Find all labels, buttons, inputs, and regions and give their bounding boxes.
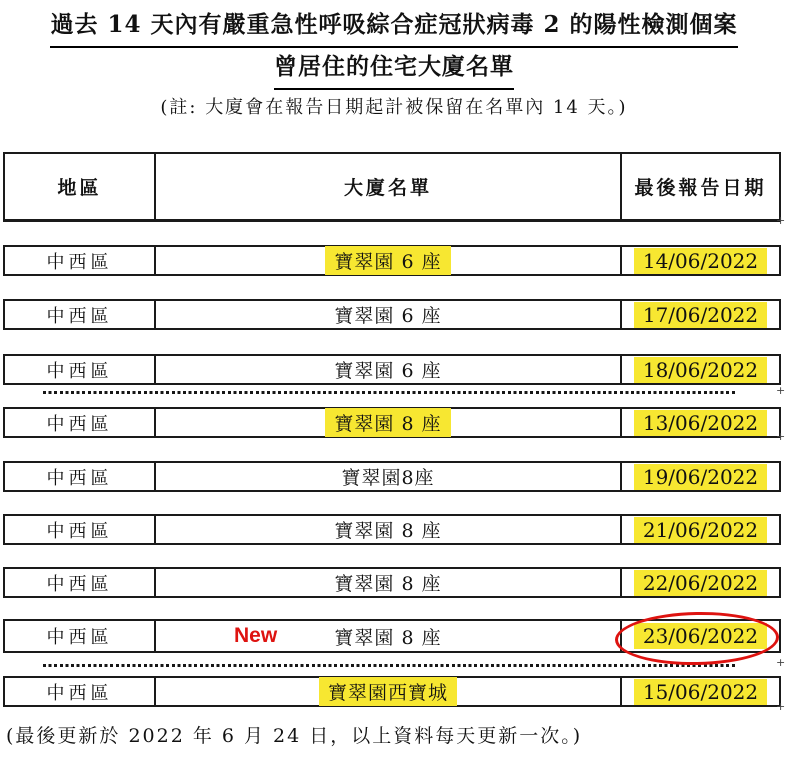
date-cell: 15/06/2022 bbox=[634, 679, 767, 705]
building-cell: 寶翠園西寶城 bbox=[319, 677, 457, 706]
district-cell: 中西區 bbox=[5, 517, 154, 543]
date-cell: 19/06/2022 bbox=[634, 464, 767, 490]
table-row: 中西區 寶翠園 6 座 18/06/2022 bbox=[3, 354, 781, 385]
footer-text: (最後更新於 2022 年 6 月 24 日，以上資料每天更新一次。) bbox=[6, 721, 788, 748]
date-cell: 18/06/2022 bbox=[634, 357, 767, 383]
document-page: 過去 14 天內有嚴重急性呼吸綜合症冠狀病毒 2 的陽性檢測個案 曾居住的住宅大… bbox=[0, 0, 788, 764]
building-cell: 寶翠園 6 座 bbox=[334, 356, 441, 383]
table-row: 中西區 寶翠園 6 座 14/06/2022 bbox=[3, 245, 781, 276]
building-cell: 寶翠園 6 座 bbox=[325, 246, 450, 275]
note-text: (註: 大廈會在報告日期起計被保留在名單內 14 天。) bbox=[0, 93, 788, 119]
new-badge: New bbox=[234, 624, 277, 648]
date-cell: 22/06/2022 bbox=[634, 570, 767, 596]
district-cell: 中西區 bbox=[5, 464, 154, 490]
table-row: 中西區 寶翠園 8 座 13/06/2022 bbox=[3, 407, 781, 438]
building-cell: 寶翠園 8 座 bbox=[334, 516, 441, 543]
table-row: 中西區 寶翠園西寶城 15/06/2022 bbox=[3, 676, 781, 707]
date-cell: 13/06/2022 bbox=[634, 410, 767, 436]
district-cell: 中西區 bbox=[5, 570, 154, 596]
header-district: 地區 bbox=[5, 173, 154, 200]
table-row: 中西區 寶翠園8座 19/06/2022 bbox=[3, 461, 781, 492]
district-cell: 中西區 bbox=[5, 410, 154, 436]
table-row: 中西區 寶翠園 8 座 21/06/2022 bbox=[3, 514, 781, 545]
date-cell: 21/06/2022 bbox=[634, 517, 767, 543]
title-line-1: 過去 14 天內有嚴重急性呼吸綜合症冠狀病毒 2 的陽性檢測個案 bbox=[50, 6, 737, 48]
title-line-2: 曾居住的住宅大廈名單 bbox=[274, 48, 514, 90]
date-cell: 14/06/2022 bbox=[634, 248, 767, 274]
row-end-mark: + bbox=[776, 384, 785, 397]
building-cell: 寶翠園 6 座 bbox=[334, 301, 441, 328]
district-cell: 中西區 bbox=[5, 623, 154, 649]
district-cell: 中西區 bbox=[5, 679, 154, 705]
row-end-mark: + bbox=[776, 700, 785, 713]
building-cell: 寶翠園 8 座 bbox=[334, 623, 441, 650]
dotted-separator bbox=[43, 664, 737, 667]
building-cell: 寶翠園 8 座 bbox=[334, 569, 441, 596]
table-row: 中西區 New 寶翠園 8 座 23/06/2022 bbox=[3, 619, 781, 653]
building-cell: 寶翠園 8 座 bbox=[325, 408, 450, 437]
building-cell: 寶翠園8座 bbox=[341, 463, 434, 490]
building-table: 地區 大廈名單 最後報告日期 中西區 寶翠園 6 座 14/06/2022 中西… bbox=[3, 152, 781, 707]
header-last-report-date: 最後報告日期 bbox=[622, 154, 779, 219]
document-title: 過去 14 天內有嚴重急性呼吸綜合症冠狀病毒 2 的陽性檢測個案 曾居住的住宅大… bbox=[0, 6, 788, 90]
header-building-list: 大廈名單 bbox=[154, 154, 622, 219]
table-row: 中西區 寶翠園 6 座 17/06/2022 bbox=[3, 299, 781, 330]
district-cell: 中西區 bbox=[5, 357, 154, 383]
table-rows: 中西區 寶翠園 6 座 14/06/2022 中西區 寶翠園 6 座 17/06… bbox=[3, 245, 781, 707]
row-end-mark: + bbox=[776, 430, 785, 443]
district-cell: 中西區 bbox=[5, 248, 154, 274]
row-end-mark: + bbox=[776, 656, 785, 669]
table-header-row: 地區 大廈名單 最後報告日期 bbox=[3, 152, 781, 222]
district-cell: 中西區 bbox=[5, 302, 154, 328]
date-cell: 23/06/2022 bbox=[634, 623, 767, 649]
row-end-mark: + bbox=[776, 214, 785, 227]
table-row: 中西區 寶翠園 8 座 22/06/2022 bbox=[3, 567, 781, 598]
date-cell: 17/06/2022 bbox=[634, 302, 767, 328]
dotted-separator bbox=[43, 391, 737, 394]
